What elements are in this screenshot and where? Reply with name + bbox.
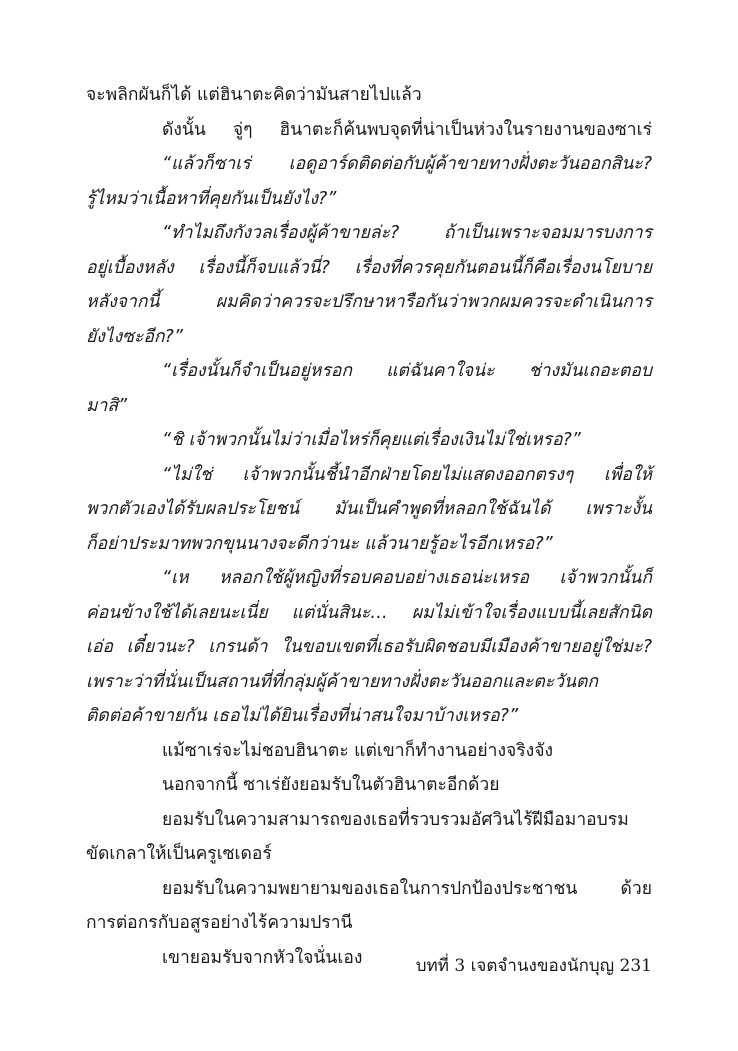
page-body: จะพลิกผันก็ได้ แต่ฮินาตะคิดว่ามันสายไปแล… (86, 78, 652, 975)
dialogue-line: พวกตัวเองได้รับผลประโยชน์ มันเป็นคำพูดที… (86, 492, 652, 527)
dialogue-line: “ชิ เจ้าพวกนั้นไม่ว่าเมื่อไหร่ก็คุยแต่เร… (86, 423, 652, 458)
narration-line: จะพลิกผันก็ได้ แต่ฮินาตะคิดว่ามันสายไปแล… (86, 78, 652, 113)
dialogue-line: มาสิ” (86, 389, 652, 424)
narration-line: ยอมรับในความสามารถของเธอที่รวบรวมอัศวินไ… (86, 803, 652, 838)
dialogue-line: ก็อย่าประมาทพวกขุนนางจะดีกว่านะ แล้วนายร… (86, 527, 652, 562)
dialogue-line: ติดต่อค้าขายกัน เธอไม่ได้ยินเรื่องที่น่า… (86, 699, 652, 734)
dialogue-line: อยู่เบื้องหลัง เรื่องนี้ก็จบแล้วนี่? เรื… (86, 251, 652, 286)
dialogue-line: “แล้วก็ซาเร่ เอดูอาร์ดติดต่อกับผู้ค้าขาย… (86, 147, 652, 182)
narration-line: นอกจากนี้ ซาเร่ยังยอมรับในตัวฮินาตะอีกด้… (86, 768, 652, 803)
dialogue-line: เพราะว่าที่นั่นเป็นสถานที่ที่กลุ่มผู้ค้า… (86, 665, 652, 700)
running-footer: บทที่ 3 เจตจำนงของนักบุญ 231 (380, 952, 652, 979)
dialogue-line: “ไม่ใช่ เจ้าพวกนั้นชี้นำอีกฝ่ายโดยไม่แสด… (86, 458, 652, 493)
narration-line: แม้ซาเร่จะไม่ชอบฮินาตะ แต่เขาก็ทำงานอย่า… (86, 734, 652, 769)
narration-line: การต่อกรกับอสูรอย่างไร้ความปรานี (86, 906, 652, 941)
dialogue-line: รู้ไหมว่าเนื้อหาที่คุยกันเป็นยังไง?” (86, 182, 652, 217)
dialogue-line: “เห หลอกใช้ผู้หญิงที่รอบคอบอย่างเธอน่ะเห… (86, 561, 652, 596)
narration-line: ดังนั้น จู่ๆ ฮินาตะก็ค้นพบจุดที่น่าเป็นห… (86, 113, 652, 148)
dialogue-line: หลังจากนี้ ผมคิดว่าควรจะปรึกษาหารือกันว่… (86, 285, 652, 320)
dialogue-line: “ทำไมถึงกังวลเรื่องผู้ค้าขายล่ะ? ถ้าเป็น… (86, 216, 652, 251)
dialogue-line: “เรื่องนั้นก็จำเป็นอยู่หรอก แต่ฉันคาใจน่… (86, 354, 652, 389)
dialogue-line: ยังไงซะอีก?” (86, 320, 652, 355)
chapter-title-and-page-number: บทที่ 3 เจตจำนงของนักบุญ 231 (416, 956, 652, 976)
narration-line: ขัดเกลาให้เป็นครูเซเดอร์ (86, 837, 652, 872)
dialogue-line: ค่อนข้างใช้ได้เลยนะเนี่ย แต่นั่นสินะ… ผม… (86, 596, 652, 631)
narration-line: ยอมรับในความพยายามของเธอในการปกป้องประชา… (86, 872, 652, 907)
dialogue-line: เอ่อ เดี๋ยวนะ? เกรนด้า ในขอบเขตที่เธอรับ… (86, 630, 652, 665)
